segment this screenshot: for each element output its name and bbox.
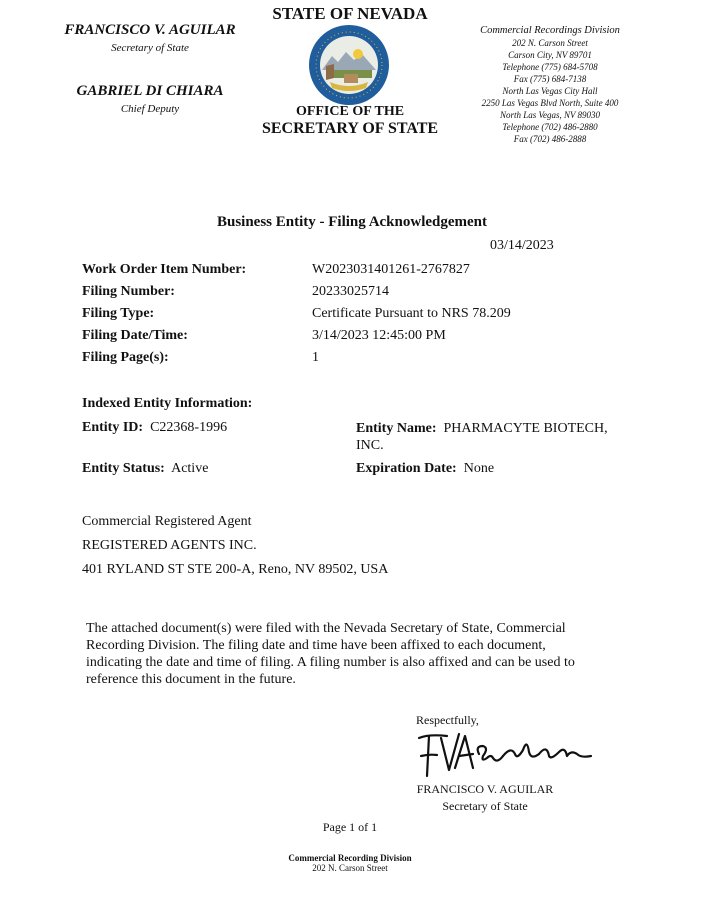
filing-number-value: 20233025714 <box>312 281 389 303</box>
document-date: 03/14/2023 <box>490 235 554 257</box>
field-row: Filing Number: 20233025714 <box>82 281 602 303</box>
entity-id-value: C22368-1996 <box>150 420 227 435</box>
vegas-line: Telephone (702) 486-2880 <box>460 121 640 133</box>
agent-name: REGISTERED AGENTS INC. <box>82 534 388 558</box>
indexed-heading: Indexed Entity Information: <box>82 393 252 415</box>
header-left: FRANCISCO V. AGUILAR Secretary of State <box>50 22 250 54</box>
registered-agent: Commercial Registered Agent REGISTERED A… <box>82 510 388 582</box>
deputy-title: Chief Deputy <box>50 103 250 115</box>
agent-type: Commercial Registered Agent <box>82 510 388 534</box>
header-right: Commercial Recordings Division 202 N. Ca… <box>460 24 640 145</box>
body-line: reference this document in the future. <box>86 671 626 688</box>
carson-line: Telephone (775) 684-5708 <box>460 61 640 73</box>
deputy-name: GABRIEL DI CHIARA <box>50 83 250 100</box>
office-line2: SECRETARY OF STATE <box>250 120 450 138</box>
entity-name-label: Entity Name: <box>356 421 437 436</box>
filing-pages-value: 1 <box>312 347 319 369</box>
footer-division: Commercial Recording Division <box>250 853 450 863</box>
entity-status: Entity Status: Active <box>82 458 208 480</box>
work-order-label: Work Order Item Number: <box>82 259 312 281</box>
vegas-line: 2250 Las Vegas Blvd North, Suite 400 <box>460 97 640 109</box>
body-line: indicating the date and time of filing. … <box>86 654 626 671</box>
entity-status-label: Entity Status: <box>82 461 165 476</box>
carson-line: Carson City, NV 89701 <box>460 49 640 61</box>
secretary-name: FRANCISCO V. AGUILAR <box>50 22 250 39</box>
filing-datetime-label: Filing Date/Time: <box>82 325 312 347</box>
office-heading: OFFICE OF THE SECRETARY OF STATE <box>250 104 450 138</box>
work-order-value: W2023031401261-2767827 <box>312 259 470 281</box>
vegas-line: North Las Vegas City Hall <box>460 85 640 97</box>
page-number: Page 1 of 1 <box>300 820 400 835</box>
filing-number-label: Filing Number: <box>82 281 312 303</box>
body-paragraph: The attached document(s) were filed with… <box>86 620 626 688</box>
field-row: Work Order Item Number: W2023031401261-2… <box>82 259 602 281</box>
filing-type-value: Certificate Pursuant to NRS 78.209 <box>312 303 511 325</box>
footer-address: 202 N. Carson Street <box>250 863 450 873</box>
signer-block: FRANCISCO V. AGUILAR Secretary of State <box>405 782 565 814</box>
entity-status-value: Active <box>171 461 208 476</box>
carson-line: 202 N. Carson Street <box>460 37 640 49</box>
expiration-label: Expiration Date: <box>356 461 457 476</box>
secretary-title: Secretary of State <box>50 42 250 54</box>
entity-name-value: PHARMACYTE BIOTECH, <box>444 421 608 436</box>
signer-title: Secretary of State <box>405 799 565 814</box>
field-row: Filing Type: Certificate Pursuant to NRS… <box>82 303 602 325</box>
footer: Commercial Recording Division 202 N. Car… <box>250 853 450 873</box>
filing-pages-label: Filing Page(s): <box>82 347 312 369</box>
entity-id-label: Entity ID: <box>82 420 143 435</box>
filing-datetime-value: 3/14/2023 12:45:00 PM <box>312 325 446 347</box>
carson-line: Fax (775) 684-7138 <box>460 73 640 85</box>
filing-type-label: Filing Type: <box>82 303 312 325</box>
signer-name: FRANCISCO V. AGUILAR <box>405 782 565 797</box>
field-row: Filing Page(s): 1 <box>82 347 602 369</box>
filing-fields: Work Order Item Number: W2023031401261-2… <box>82 259 602 369</box>
division-name: Commercial Recordings Division <box>460 24 640 37</box>
entity-id: Entity ID: C22368-1996 <box>82 417 227 439</box>
entity-name-value-cont: INC. <box>356 438 384 453</box>
office-line1: OFFICE OF THE <box>250 104 450 120</box>
entity-name: Entity Name: PHARMACYTE BIOTECH, INC. <box>356 417 636 454</box>
field-row: Filing Date/Time: 3/14/2023 12:45:00 PM <box>82 325 602 347</box>
signature-icon <box>415 728 600 780</box>
state-heading: STATE OF NEVADA <box>250 4 450 24</box>
nevada-seal-icon <box>308 24 390 106</box>
expiration-date: Expiration Date: None <box>356 458 494 480</box>
vegas-line: North Las Vegas, NV 89030 <box>460 109 640 121</box>
closing: Respectfully, <box>416 713 479 728</box>
vegas-line: Fax (702) 486-2888 <box>460 133 640 145</box>
agent-address: 401 RYLAND ST STE 200-A, Reno, NV 89502,… <box>82 558 388 582</box>
body-line: The attached document(s) were filed with… <box>86 620 626 637</box>
body-line: Recording Division. The filing date and … <box>86 637 626 654</box>
document-title: Business Entity - Filing Acknowledgement <box>150 214 554 231</box>
header-left-deputy: GABRIEL DI CHIARA Chief Deputy <box>50 83 250 115</box>
expiration-value: None <box>464 461 494 476</box>
